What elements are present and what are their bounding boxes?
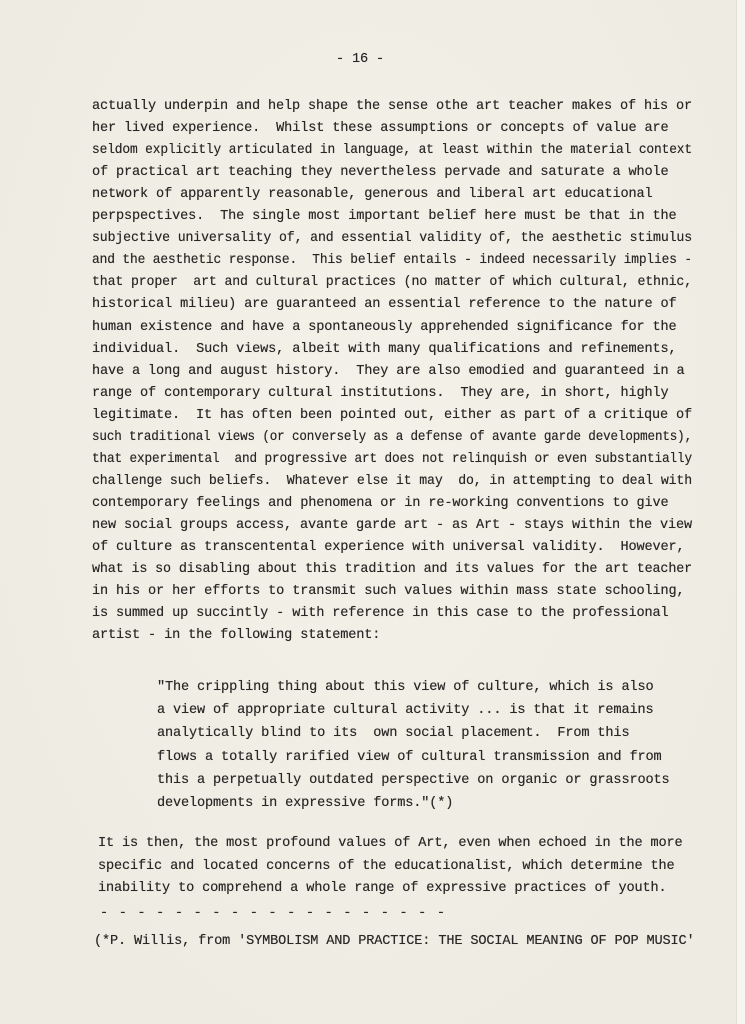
text-line: have a long and august history. They are… [92, 364, 685, 380]
text-line: what is so disabling about this traditio… [92, 562, 692, 578]
text-line: this a perpetually outdated perspective … [157, 773, 670, 789]
text-line: is summed up succintly - with reference … [92, 606, 669, 622]
text-line: specific and located concerns of the edu… [98, 859, 675, 875]
text-line: It is then, the most profound values of … [98, 836, 683, 852]
text-line: range of contemporary cultural instituti… [92, 386, 669, 402]
text-line: human existence and have a spontaneously… [92, 320, 677, 336]
text-line: flows a totally rarified view of cultura… [157, 750, 661, 766]
text-line: historical milieu) are guaranteed an ess… [92, 297, 677, 313]
text-line: artist - in the following statement: [92, 628, 380, 644]
text-line: developments in expressive forms."(*) [157, 796, 453, 812]
text-line: individual. Such views, albeit with many… [92, 342, 677, 358]
text-line: network of apparently reasonable, genero… [92, 187, 653, 203]
text-line: subjective universality of, and essentia… [92, 231, 692, 247]
typewritten-page: - 16 - actually underpin and help shape … [0, 0, 737, 1024]
text-line: a view of appropriate cultural activity … [157, 703, 653, 719]
footnote: (*P. Willis, from 'SYMBOLISM AND PRACTIC… [94, 934, 695, 950]
text-line: of culture as transcentental experience … [92, 540, 685, 556]
text-line: contemporary feelings and phenomena or i… [92, 496, 669, 512]
text-line: her lived experience. Whilst these assum… [92, 121, 669, 137]
text-line: "The crippling thing about this view of … [157, 680, 653, 696]
text-line: that proper art and cultural practices (… [92, 275, 692, 291]
page-number: - 16 - [336, 52, 384, 68]
text-line: seldom explicitly articulated in languag… [92, 143, 692, 159]
text-line: in his or her efforts to transmit such v… [92, 584, 685, 600]
text-line: legitimate. It has often been pointed ou… [92, 408, 692, 424]
text-line: such traditional views (or conversely as… [92, 430, 692, 446]
text-line: actually underpin and help shape the sen… [92, 99, 692, 115]
text-line: that experimental and progressive art do… [92, 452, 692, 468]
page-edge [736, 0, 745, 1024]
text-line: analytically blind to its own social pla… [157, 726, 629, 742]
text-line: of practical art teaching they neverthel… [92, 165, 669, 181]
text-line: perpspectives. The single most important… [92, 209, 677, 225]
text-line: and the aesthetic response. This belief … [92, 253, 692, 269]
text-line: inability to comprehend a whole range of… [98, 881, 667, 897]
text-line: new social groups access, avante garde a… [92, 518, 692, 534]
footnote-rule: - - - - - - - - - - - - - - - - - - - [100, 906, 446, 922]
text-line: challenge such beliefs. Whatever else it… [92, 474, 692, 490]
